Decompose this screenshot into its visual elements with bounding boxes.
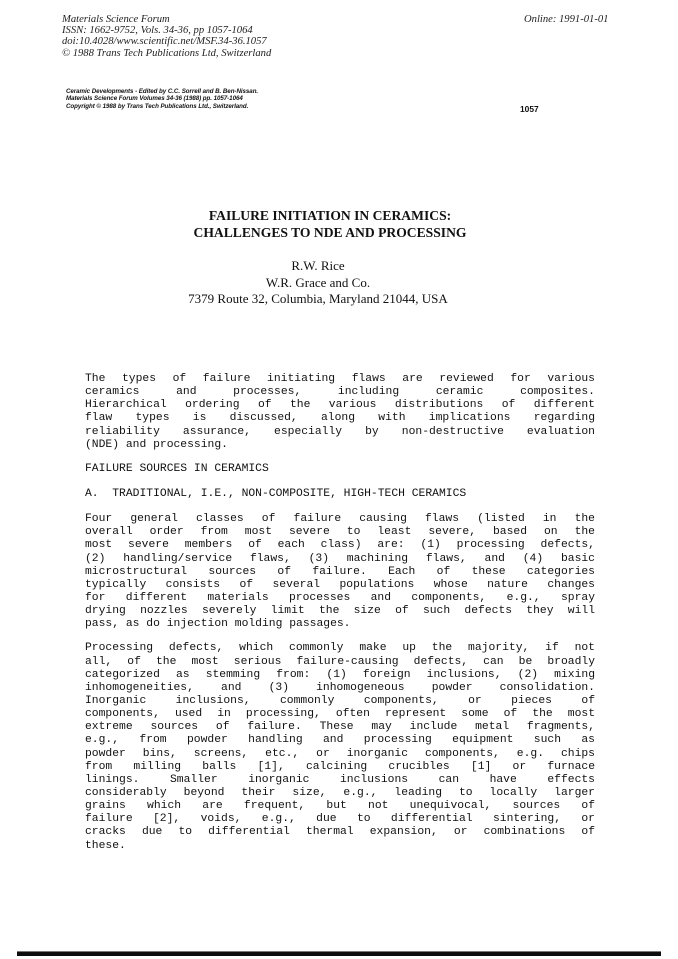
journal-copyright: © 1988 Trans Tech Publications Ltd, Swit… xyxy=(62,48,271,59)
paragraph-line: extreme sources of failure. These may in… xyxy=(85,721,595,734)
paragraph-line: inhomogeneities, and (3) inhomogeneous p… xyxy=(85,682,595,695)
abstract-line: The types of failure initiating flaws ar… xyxy=(85,373,595,386)
paper-title: FAILURE INITIATION IN CERAMICS: CHALLENG… xyxy=(0,207,678,241)
author-name: R.W. Rice xyxy=(0,258,657,275)
paragraph-line: pass, as do injection molding passages. xyxy=(85,618,595,631)
paragraph-line: e.g., from powder handling and processin… xyxy=(85,734,595,747)
pubinfo-line: Copyright © 1988 by Trans Tech Publicati… xyxy=(66,103,258,110)
author-affiliation: W.R. Grace and Co. xyxy=(0,275,657,292)
paragraph-line: powder bins, screens, etc., or inorganic… xyxy=(85,748,595,761)
pubinfo-line: Materials Science Forum Volumes 34-36 (1… xyxy=(66,95,258,102)
paragraph-line: typically consists of several population… xyxy=(85,579,595,592)
author-address: 7379 Route 32, Columbia, Maryland 21044,… xyxy=(0,291,657,308)
section-heading: FAILURE SOURCES IN CERAMICS xyxy=(85,463,595,476)
paragraph-line: considerably beyond their size, e.g., le… xyxy=(85,787,595,800)
abstract: The types of failure initiating flaws ar… xyxy=(85,373,595,452)
paragraph-line: categorized as stemming from: (1) foreig… xyxy=(85,669,595,682)
paragraph-line: these. xyxy=(85,840,595,853)
paragraph-line: from milling balls [1], calcining crucib… xyxy=(85,761,595,774)
abstract-line: ceramics and processes, including cerami… xyxy=(85,386,595,399)
paragraph-line: Inorganic inclusions, commonly component… xyxy=(85,695,595,708)
paragraph-line: cracks due to differential thermal expan… xyxy=(85,826,595,839)
paragraph-line: linings. Smaller inorganic inclusions ca… xyxy=(85,774,595,787)
paragraph-line: Processing defects, which commonly make … xyxy=(85,642,595,655)
paragraph-line: all, of the most serious failure-causing… xyxy=(85,656,595,669)
abstract-line: (NDE) and processing. xyxy=(85,439,595,452)
journal-name: Materials Science Forum xyxy=(62,14,271,25)
title-line: CHALLENGES TO NDE AND PROCESSING xyxy=(0,224,669,241)
paragraph-line: overall order from most severe to least … xyxy=(85,526,595,539)
journal-issn: ISSN: 1662-9752, Vols. 34-36, pp 1057-10… xyxy=(62,25,271,36)
abstract-line: Hierarchical ordering of the various dis… xyxy=(85,399,595,412)
footer-rule xyxy=(17,952,661,956)
subsection-heading: A. TRADITIONAL, I.E., NON-COMPOSITE, HIG… xyxy=(85,488,595,501)
paragraph-line: components, used in processing, often re… xyxy=(85,708,595,721)
paragraph-line: grains which are frequent, but not unequ… xyxy=(85,800,595,813)
publication-info: Ceramic Developments - Edited by C.C. So… xyxy=(66,88,258,110)
paragraph-line: Four general classes of failure causing … xyxy=(85,513,595,526)
paragraph-line: microstructural sources of failure. Each… xyxy=(85,566,595,579)
online-date: Online: 1991-01-01 xyxy=(524,14,608,25)
paragraph-line: failure [2], voids, e.g., due to differe… xyxy=(85,813,595,826)
journal-header: Materials Science Forum ISSN: 1662-9752,… xyxy=(62,14,271,59)
paper-body: The types of failure initiating flaws ar… xyxy=(85,373,595,853)
pubinfo-line: Ceramic Developments - Edited by C.C. So… xyxy=(66,88,258,95)
paragraph-2: Processing defects, which commonly make … xyxy=(85,642,595,852)
journal-doi[interactable]: doi:10.4028/www.scientific.net/MSF.34-36… xyxy=(62,36,271,47)
paragraph-line: drying nozzles severely limit the size o… xyxy=(85,605,595,618)
paragraph-1: Four general classes of failure causing … xyxy=(85,513,595,631)
paragraph-line: most severe members of each class) are: … xyxy=(85,539,595,552)
page-number: 1057 xyxy=(520,104,539,114)
abstract-line: reliability assurance, especially by non… xyxy=(85,426,595,439)
paragraph-line: (2) handling/service flaws, (3) machinin… xyxy=(85,553,595,566)
author-block: R.W. Rice W.R. Grace and Co. 7379 Route … xyxy=(0,258,678,308)
title-line: FAILURE INITIATION IN CERAMICS: xyxy=(0,207,669,224)
abstract-line: flaw types is discussed, along with impl… xyxy=(85,412,595,425)
paragraph-line: for different materials processes and co… xyxy=(85,592,595,605)
